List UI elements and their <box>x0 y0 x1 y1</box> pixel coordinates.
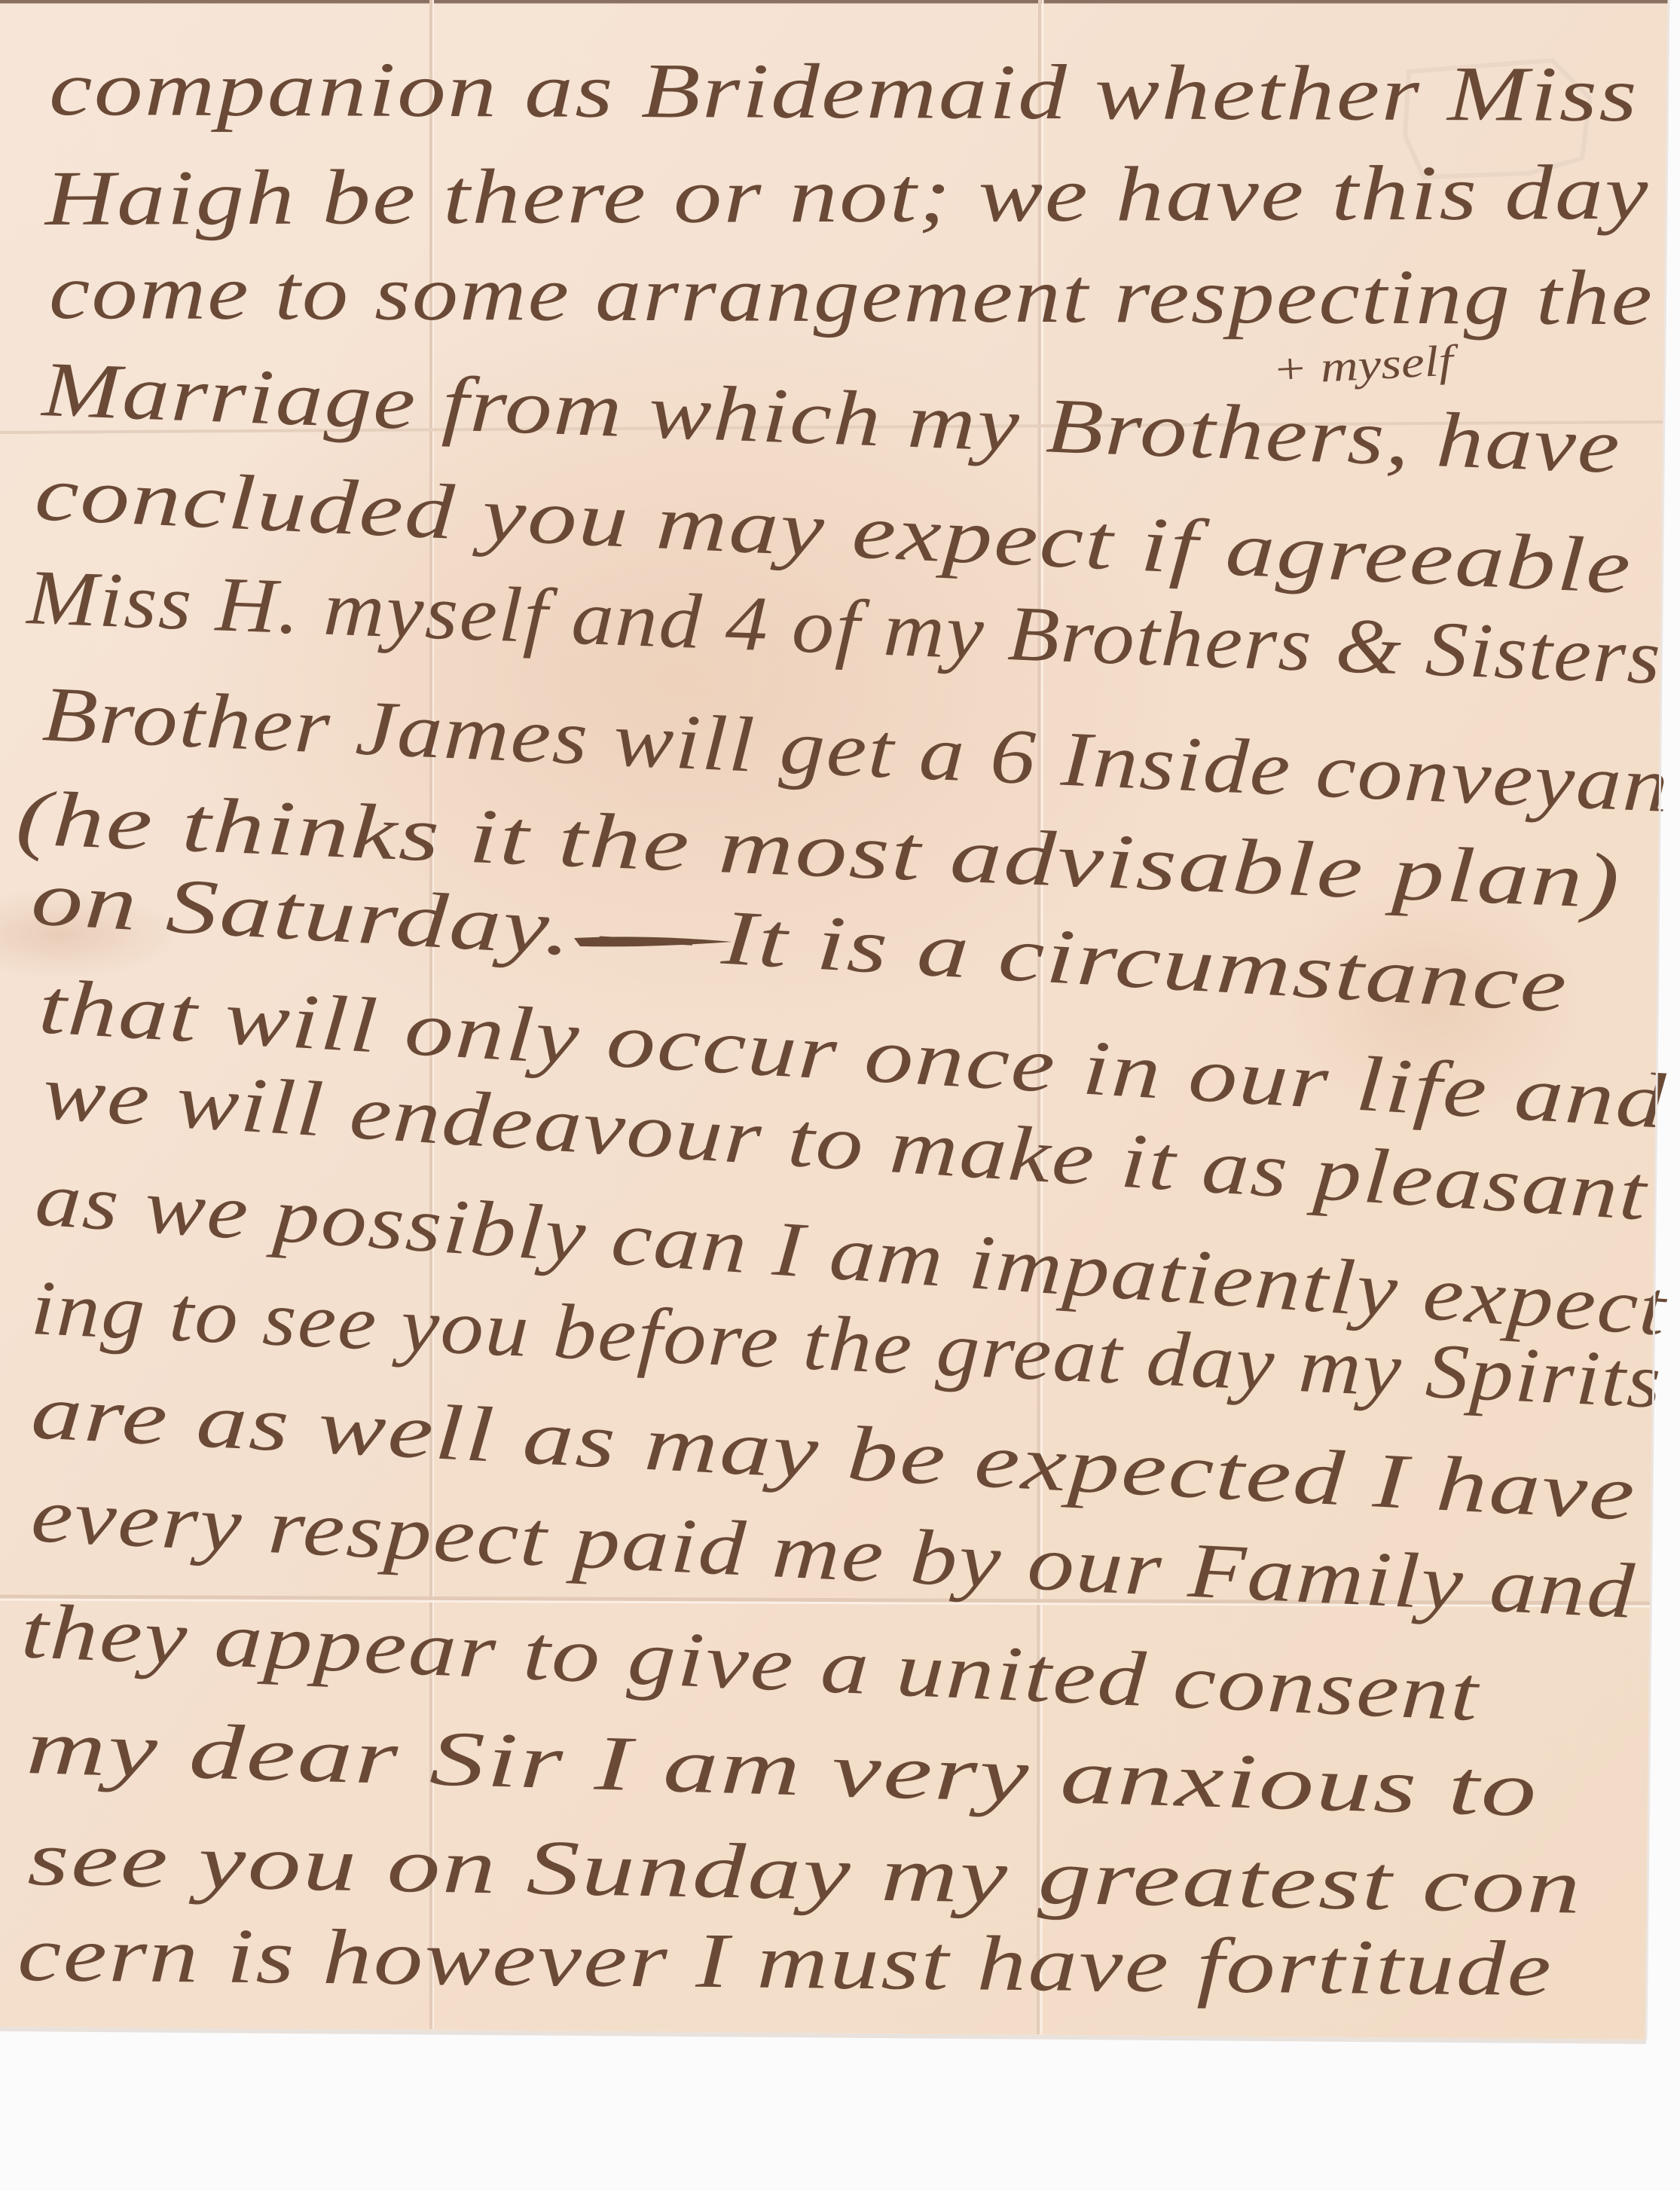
interlinear-insertion: + myself <box>1271 335 1460 394</box>
letter-line: companion as Bridemaid whether Miss <box>49 45 1639 138</box>
letter-line: come to some arrangement respecting the <box>49 249 1654 341</box>
letter-line: cern is however I must have fortitude <box>17 1911 1553 2012</box>
letter-paper: companion as Bridemaid whether Miss Haig… <box>0 0 1680 2191</box>
letter-line: Haigh be there or not; we have this day <box>43 149 1650 242</box>
scanned-letter-page: companion as Bridemaid whether Miss Haig… <box>0 0 1680 2191</box>
